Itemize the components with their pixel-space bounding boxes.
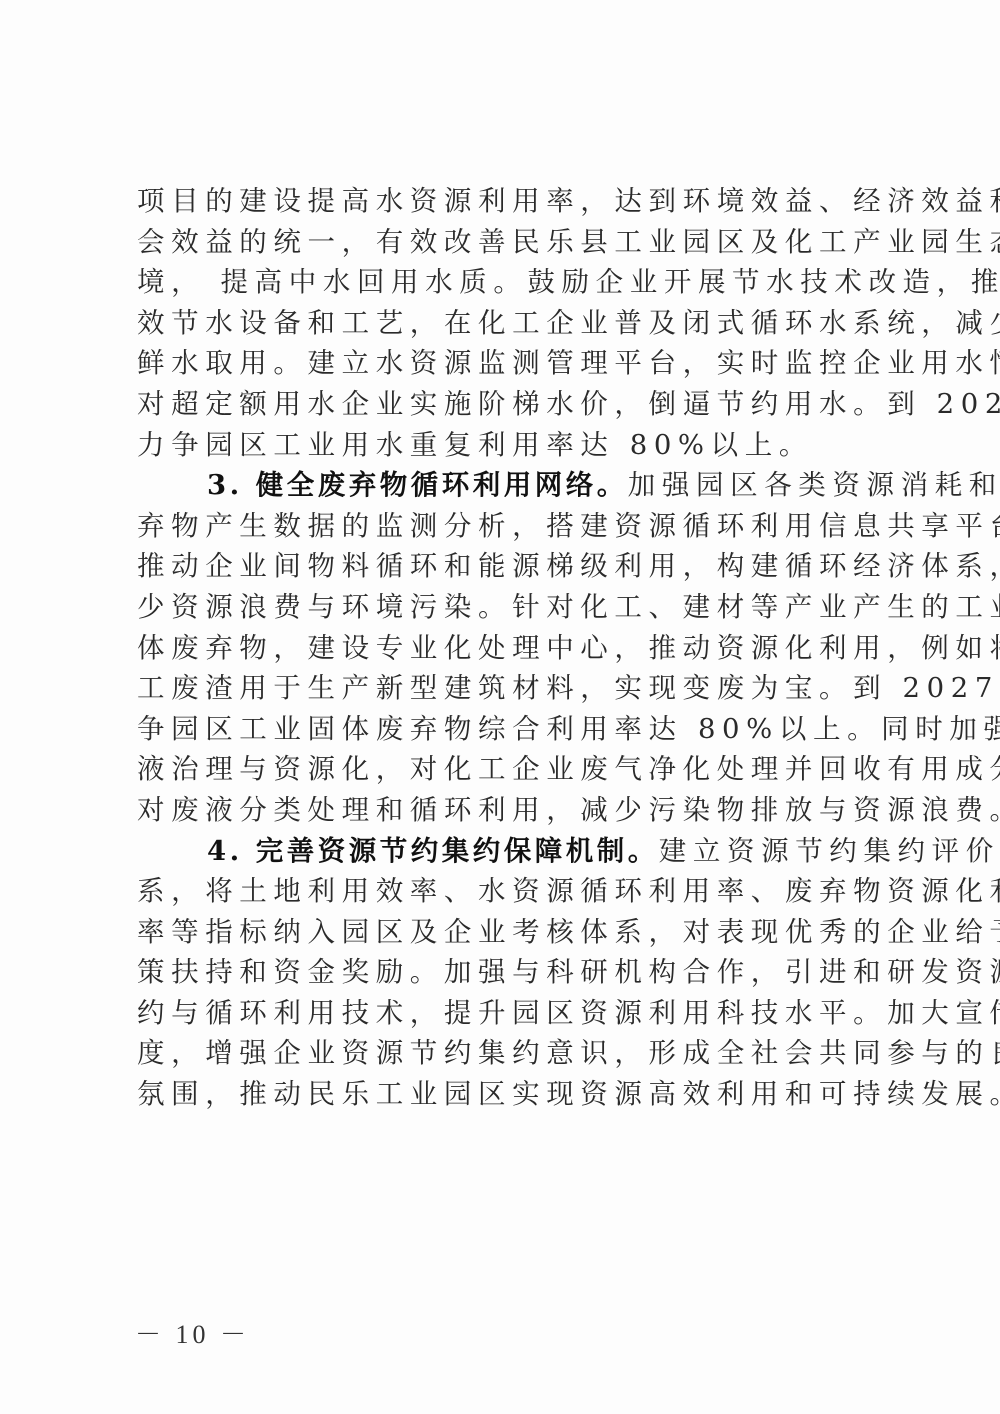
text-run: 加强园区各类资源消耗和废 xyxy=(628,469,1000,501)
text-line: 会效益的统一，有效改善民乐县工业园区及化工产业园生态环 xyxy=(137,222,871,263)
section-heading-line: 4. 完善资源节约集约保障机制。建立资源节约集约评价体 xyxy=(137,831,871,872)
page-number: － 10 － xyxy=(135,1314,250,1351)
text-line: 体废弃物，建设专业化处理中心，推动资源化利用，例如将化 xyxy=(137,628,871,669)
text-line: 项目的建设提高水资源利用率，达到环境效益、经济效益和社 xyxy=(137,181,871,222)
text-line: 率等指标纳入园区及企业考核体系，对表现优秀的企业给予政 xyxy=(137,912,871,953)
text-line: 争园区工业固体废弃物综合利用率达 80%以上。同时加强废气废 xyxy=(137,709,871,750)
text-line: 约与循环利用技术，提升园区资源利用科技水平。加大宣传力 xyxy=(137,993,871,1034)
text-line: 鲜水取用。建立水资源监测管理平台，实时监控企业用水情况， xyxy=(137,343,871,384)
text-line: 少资源浪费与环境污染。针对化工、建材等产业产生的工业固 xyxy=(137,587,871,628)
text-line: 系，将土地利用效率、水资源循环利用率、废弃物资源化利用 xyxy=(137,871,871,912)
text-line: 工废渣用于生产新型建筑材料，实现变废为宝。到 2027 年，力 xyxy=(137,668,871,709)
text-line: 对超定额用水企业实施阶梯水价，倒逼节约用水。到 2027 年， xyxy=(137,384,871,425)
section-heading-3: 3. 健全废弃物循环利用网络。 xyxy=(207,469,628,501)
text-line: 策扶持和资金奖励。加强与科研机构合作，引进和研发资源节 xyxy=(137,952,871,993)
text-line: 对废液分类处理和循环利用，减少污染物排放与资源浪费。 xyxy=(137,790,871,831)
text-line: 境， 提高中水回用水质。鼓励企业开展节水技术改造，推广高 xyxy=(137,262,871,303)
section-heading-4: 4. 完善资源节约集约保障机制。 xyxy=(207,835,659,867)
document-page: 项目的建设提高水资源利用率，达到环境效益、经济效益和社 会效益的统一，有效改善民… xyxy=(0,0,1000,1414)
paragraph-resource-mechanism: 4. 完善资源节约集约保障机制。建立资源节约集约评价体 系，将土地利用效率、水资… xyxy=(137,831,871,1115)
text-line: 度，增强企业资源节约集约意识，形成全社会共同参与的良好 xyxy=(137,1033,871,1074)
section-heading-line: 3. 健全废弃物循环利用网络。加强园区各类资源消耗和废 xyxy=(137,465,871,506)
text-line: 效节水设备和工艺，在化工企业普及闭式循环水系统，减少新 xyxy=(137,303,871,344)
text-line: 推动企业间物料循环和能源梯级利用，构建循环经济体系，减 xyxy=(137,546,871,587)
text-line: 弃物产生数据的监测分析，搭建资源循环利用信息共享平台， xyxy=(137,506,871,547)
paragraph-water-reuse: 项目的建设提高水资源利用率，达到环境效益、经济效益和社 会效益的统一，有效改善民… xyxy=(137,181,871,465)
text-run: 建立资源节约集约评价体 xyxy=(659,835,1000,867)
text-line: 氛围，推动民乐工业园区实现资源高效利用和可持续发展。 xyxy=(137,1074,871,1115)
text-line: 液治理与资源化，对化工企业废气净化处理并回收有用成分， xyxy=(137,749,871,790)
document-body: 项目的建设提高水资源利用率，达到环境效益、经济效益和社 会效益的统一，有效改善民… xyxy=(137,181,871,1115)
paragraph-waste-recycling: 3. 健全废弃物循环利用网络。加强园区各类资源消耗和废 弃物产生数据的监测分析，… xyxy=(137,465,871,830)
text-line: 力争园区工业用水重复利用率达 80%以上。 xyxy=(137,425,871,466)
